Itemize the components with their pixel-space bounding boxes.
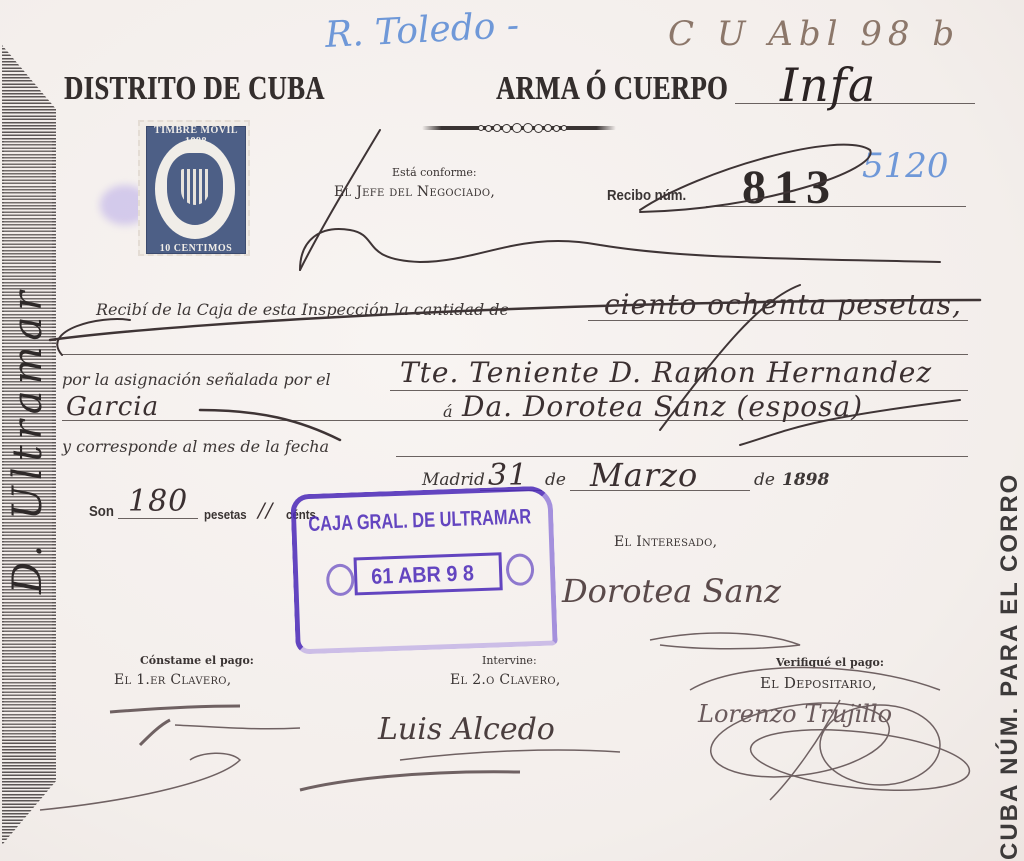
son-label: Son [89, 503, 114, 520]
centimos-value: // [258, 498, 273, 522]
amount-in-words: ciento ochenta pesetas, [604, 288, 962, 321]
signatory-2-caption: Intervine: [482, 654, 537, 667]
cash-stamp-date-box: 61 ABR 9 8 [354, 552, 503, 595]
annotation-blue-number: 5120 [862, 146, 949, 186]
pesetas-label: pesetas [204, 507, 247, 522]
interesado-label: El Interesado, [614, 534, 717, 550]
district-heading: DISTRITO DE CUBA [64, 70, 325, 108]
to-preposition: á [443, 402, 453, 421]
signatory-1-title: El 1.er Clavero, [114, 672, 232, 688]
cash-stamp-title: CAJA GRAL. DE ULTRAMAR [308, 505, 532, 537]
signatory-3-signature: Lorenzo Trujillo [698, 700, 892, 728]
signatory-3-caption: Verifiqué el pago: [776, 656, 884, 669]
jefe-negociado-label: El Jefe del Negociado, [334, 184, 495, 200]
revenue-stamp: TIMBRE MOVIL 1898 10 CENTIMOS [138, 120, 250, 256]
coat-of-arms-icon [167, 153, 223, 225]
date-year: 1898 [782, 470, 829, 490]
receipt-number-value: 813 [742, 160, 838, 215]
interesado-signature: Dorotea Sanz [562, 572, 781, 610]
signatory-1-caption: Cónstame el pago: [140, 654, 254, 667]
date-month: Marzo [590, 456, 698, 494]
cash-office-stamp: CAJA GRAL. DE ULTRAMAR 61 ABR 9 8 [290, 485, 557, 654]
month-correspondence-text: y corresponde al mes de la fecha [62, 437, 329, 456]
corps-handwritten: Infa [780, 58, 876, 112]
beneficiary-name: Da. Dorotea Sanz (esposa) [462, 390, 863, 423]
stamp-bottom-text: 10 CENTIMOS [147, 243, 245, 254]
left-border-script: D. Ultramar [4, 140, 52, 740]
annotation-blue-name: R. Toledo - [324, 5, 520, 56]
date-de-2: de [754, 470, 775, 490]
cash-stamp-date: 61 ABR 9 8 [371, 560, 475, 590]
pesetas-value: 180 [128, 484, 188, 519]
assignor-surname: Garcia [66, 392, 159, 422]
assignment-text: por la asignación señalada por el [62, 370, 331, 389]
corps-heading: ARMA Ó CUERPO [496, 70, 728, 108]
signatory-2-signature: Luis Alcedo [378, 712, 555, 747]
stamp-top-text: TIMBRE MOVIL 1898 [147, 125, 245, 147]
esta-conforme-label: Está conforme: [392, 166, 477, 179]
annotation-brown-code: C U Abl 98 b [668, 14, 960, 54]
assignor-name: Tte. Teniente D. Ramon Hernandez [400, 356, 932, 389]
receipt-document: D. Ultramar R. Toledo - C U Abl 98 b DIS… [0, 0, 1024, 861]
stamp-ornament-icon [326, 563, 355, 596]
received-from-text: Recibí de la Caja de esta Inspección la … [96, 300, 509, 319]
signatory-2-title: El 2.o Clavero, [450, 672, 561, 688]
date-de-1: de [545, 470, 566, 490]
receipt-number-label: Recibo núm. [607, 187, 686, 204]
right-edge-vertical-text: CUBA NÚM. PARA EL CORRO [996, 280, 1024, 860]
date-city: Madrid [422, 470, 485, 490]
ornament-beads [478, 123, 567, 132]
signatory-3-title: El Depositario, [760, 674, 877, 692]
stamp-ornament-icon [505, 553, 534, 586]
blank-line [62, 354, 968, 355]
